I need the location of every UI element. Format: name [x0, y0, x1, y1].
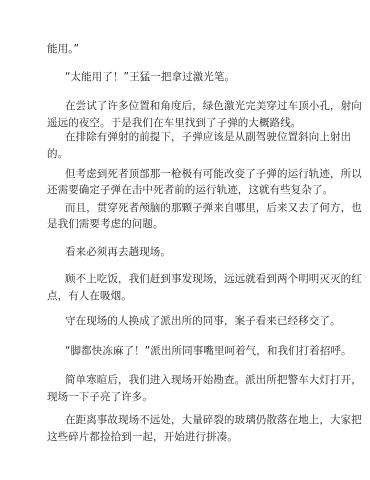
text-line: 还需要确定子弹在击中死者前的运行轨迹，这就有些复杂了。 — [47, 183, 333, 197]
text-line: 而且，贯穿死者颅脑的那颗子弹来自哪里，后来又去了何方，也 — [65, 201, 362, 215]
text-line: 这些碎片都捡拾到一起，开始进行拼凑。 — [47, 430, 238, 444]
text-line: 但考虑到死者顶部那一枪极有可能改变了子弹的运行轨迹，所以 — [65, 167, 362, 181]
text-line: 现场一下子亮了许多。 — [47, 390, 153, 404]
text-line: 能用。” — [47, 42, 79, 56]
text-line: “太能用了！”王猛一把拿过激光笔。 — [65, 70, 235, 84]
text-line: 点，有人在吸烟。 — [47, 289, 132, 303]
text-line: 遥远的夜空。于是我们在车里找到了子弹的大概路线。 — [47, 116, 301, 130]
text-line: 在距离事故现场不远处，大量碎裂的玻璃仍散落在地上，大家把 — [65, 413, 362, 427]
text-line: 在排除有弹射的前提下，子弹应该是从副驾驶位置斜向上射出 — [65, 130, 351, 144]
text-line: 在尝试了许多位置和角度后，绿色激光完美穿过车顶小孔，射向 — [65, 99, 362, 113]
text-line: 看来必须再去趟现场。 — [65, 245, 171, 259]
text-line: “脚都快冻麻了！”派出所同事嘴里呵着气，和我们打着招呼。 — [65, 344, 352, 358]
text-line: 守在现场的人换成了派出所的同事，案子看来已经移交了。 — [65, 314, 341, 328]
text-line: 的。 — [47, 147, 68, 161]
text-line: 简单寒暄后，我们进入现场开始勘查。派出所把警车大灯打开， — [65, 373, 362, 387]
text-line: 顾不上吃饭，我们赶到事发现场，远远就看到两个明明灭灭的红 — [65, 272, 362, 286]
text-line: 是我们需要考虑的问题。 — [47, 217, 164, 231]
